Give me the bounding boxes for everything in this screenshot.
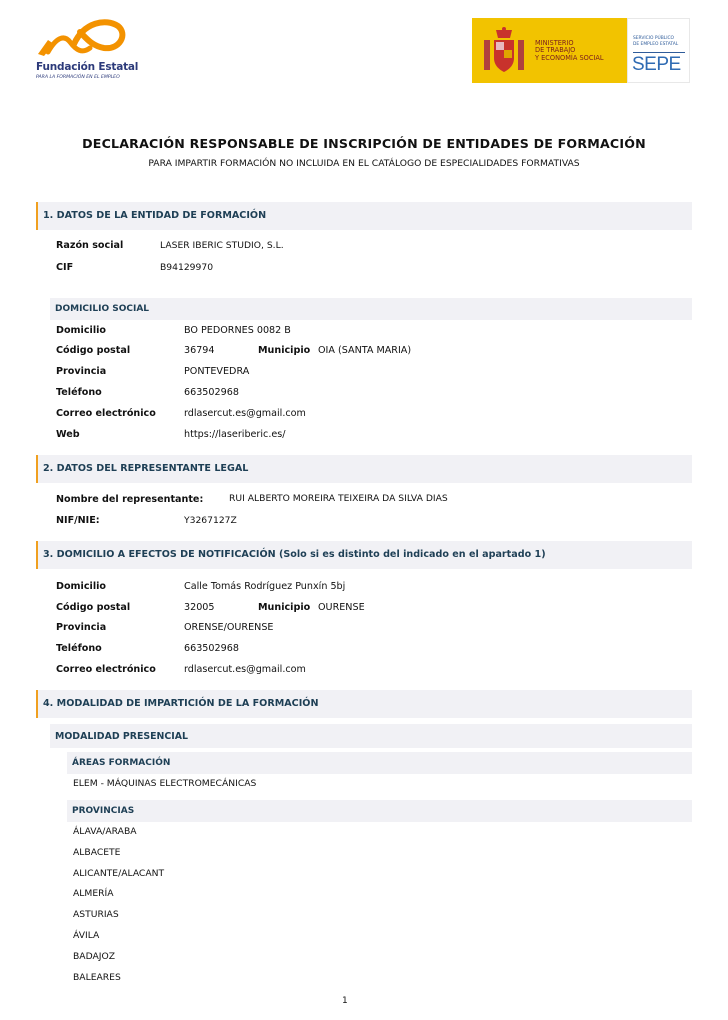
ministerio-sepe-logo: MINISTERIO DE TRABAJO Y ECONOMÍA SOCIAL … [472, 18, 690, 83]
page-number: 1 [342, 996, 348, 1006]
areas-formacion-heading: ÁREAS FORMACIÓN [67, 752, 692, 774]
nif-label: NIF/NIE: [56, 515, 100, 526]
provincia-item: ALICANTE/ALACANT [73, 868, 164, 879]
logo-brand-text: Fundación Estatal [36, 61, 138, 73]
sepe-block: SERVICIO PÚBLICO DE EMPLEO ESTATAL SEPE [627, 18, 690, 83]
razon-social-label: Razón social [56, 240, 123, 251]
sepe-wordmark: SEPE [632, 54, 681, 76]
municipio-label: Municipio [258, 345, 310, 356]
document-title: DECLARACIÓN RESPONSABLE DE INSCRIPCIÓN D… [0, 136, 728, 151]
notif-telefono-value: 663502968 [184, 643, 239, 654]
web-value: https://laseriberic.es/ [184, 429, 286, 440]
section-3-heading: 3. DOMICILIO A EFECTOS DE NOTIFICACIÓN (… [36, 541, 692, 569]
provincia-value: PONTEVEDRA [184, 366, 249, 377]
notif-domicilio-value: Calle Tomás Rodríguez Punxín 5bj [184, 581, 345, 592]
provincia-label: Provincia [56, 366, 106, 377]
coat-of-arms-icon [482, 26, 526, 76]
sepe-small-text: SERVICIO PÚBLICO DE EMPLEO ESTATAL [633, 36, 678, 48]
notif-municipio-value: OURENSE [318, 602, 365, 613]
notif-correo-label: Correo electrónico [56, 664, 156, 675]
telefono-value: 663502968 [184, 387, 239, 398]
municipio-value: OIA (SANTA MARIA) [318, 345, 411, 356]
razon-social-value: LASER IBERIC STUDIO, S.L. [160, 240, 284, 251]
sepe-divider [633, 52, 685, 53]
document-subtitle: PARA IMPARTIR FORMACIÓN NO INCLUIDA EN E… [0, 158, 728, 169]
provincia-item: ALMERÍA [73, 888, 114, 899]
web-label: Web [56, 429, 80, 440]
representante-value: RUI ALBERTO MOREIRA TEIXEIRA DA SILVA DI… [229, 493, 448, 504]
cif-label: CIF [56, 262, 73, 273]
codigo-postal-label: Código postal [56, 345, 130, 356]
cif-value: B94129970 [160, 262, 213, 273]
infinity-logo-icon [34, 14, 134, 60]
notif-provincia-label: Provincia [56, 622, 106, 633]
section-4-heading: 4. MODALIDAD DE IMPARTICIÓN DE LA FORMAC… [36, 690, 692, 718]
notif-cp-label: Código postal [56, 602, 130, 613]
provincia-item: ASTURIAS [73, 909, 119, 920]
ministerio-block: MINISTERIO DE TRABAJO Y ECONOMÍA SOCIAL [472, 18, 627, 83]
provincia-item: ÁVILA [73, 930, 99, 941]
domicilio-label: Domicilio [56, 325, 106, 336]
provincia-item: BALEARES [73, 972, 121, 983]
domicilio-social-heading: DOMICILIO SOCIAL [50, 298, 692, 320]
modalidad-presencial-heading: MODALIDAD PRESENCIAL [50, 724, 692, 748]
section-1-heading: 1. DATOS DE LA ENTIDAD DE FORMACIÓN [36, 202, 692, 230]
provincias-heading: PROVINCIAS [67, 800, 692, 822]
nif-value: Y3267127Z [184, 515, 237, 526]
representante-label: Nombre del representante: [56, 494, 203, 505]
notif-municipio-label: Municipio [258, 602, 310, 613]
correo-value: rdlasercut.es@gmail.com [184, 408, 306, 419]
domicilio-value: BO PEDORNES 0082 B [184, 325, 291, 336]
provincia-item: BADAJOZ [73, 951, 115, 962]
provincia-item: ÁLAVA/ARABA [73, 826, 137, 837]
notif-domicilio-label: Domicilio [56, 581, 106, 592]
provincia-item: ALBACETE [73, 847, 120, 858]
fundacion-estatal-logo: Fundación Estatal PARA LA FORMACIÓN EN E… [34, 14, 144, 84]
correo-label: Correo electrónico [56, 408, 156, 419]
notif-telefono-label: Teléfono [56, 643, 102, 654]
notif-provincia-value: ORENSE/OURENSE [184, 622, 273, 633]
codigo-postal-value: 36794 [184, 345, 215, 356]
notif-cp-value: 32005 [184, 602, 215, 613]
area-item: ELEM - MÁQUINAS ELECTROMECÁNICAS [73, 778, 256, 789]
ministerio-text: MINISTERIO DE TRABAJO Y ECONOMÍA SOCIAL [535, 40, 604, 62]
section-2-heading: 2. DATOS DEL REPRESENTANTE LEGAL [36, 455, 692, 483]
telefono-label: Teléfono [56, 387, 102, 398]
notif-correo-value: rdlasercut.es@gmail.com [184, 664, 306, 675]
logo-tagline: PARA LA FORMACIÓN EN EL EMPLEO [36, 75, 120, 80]
